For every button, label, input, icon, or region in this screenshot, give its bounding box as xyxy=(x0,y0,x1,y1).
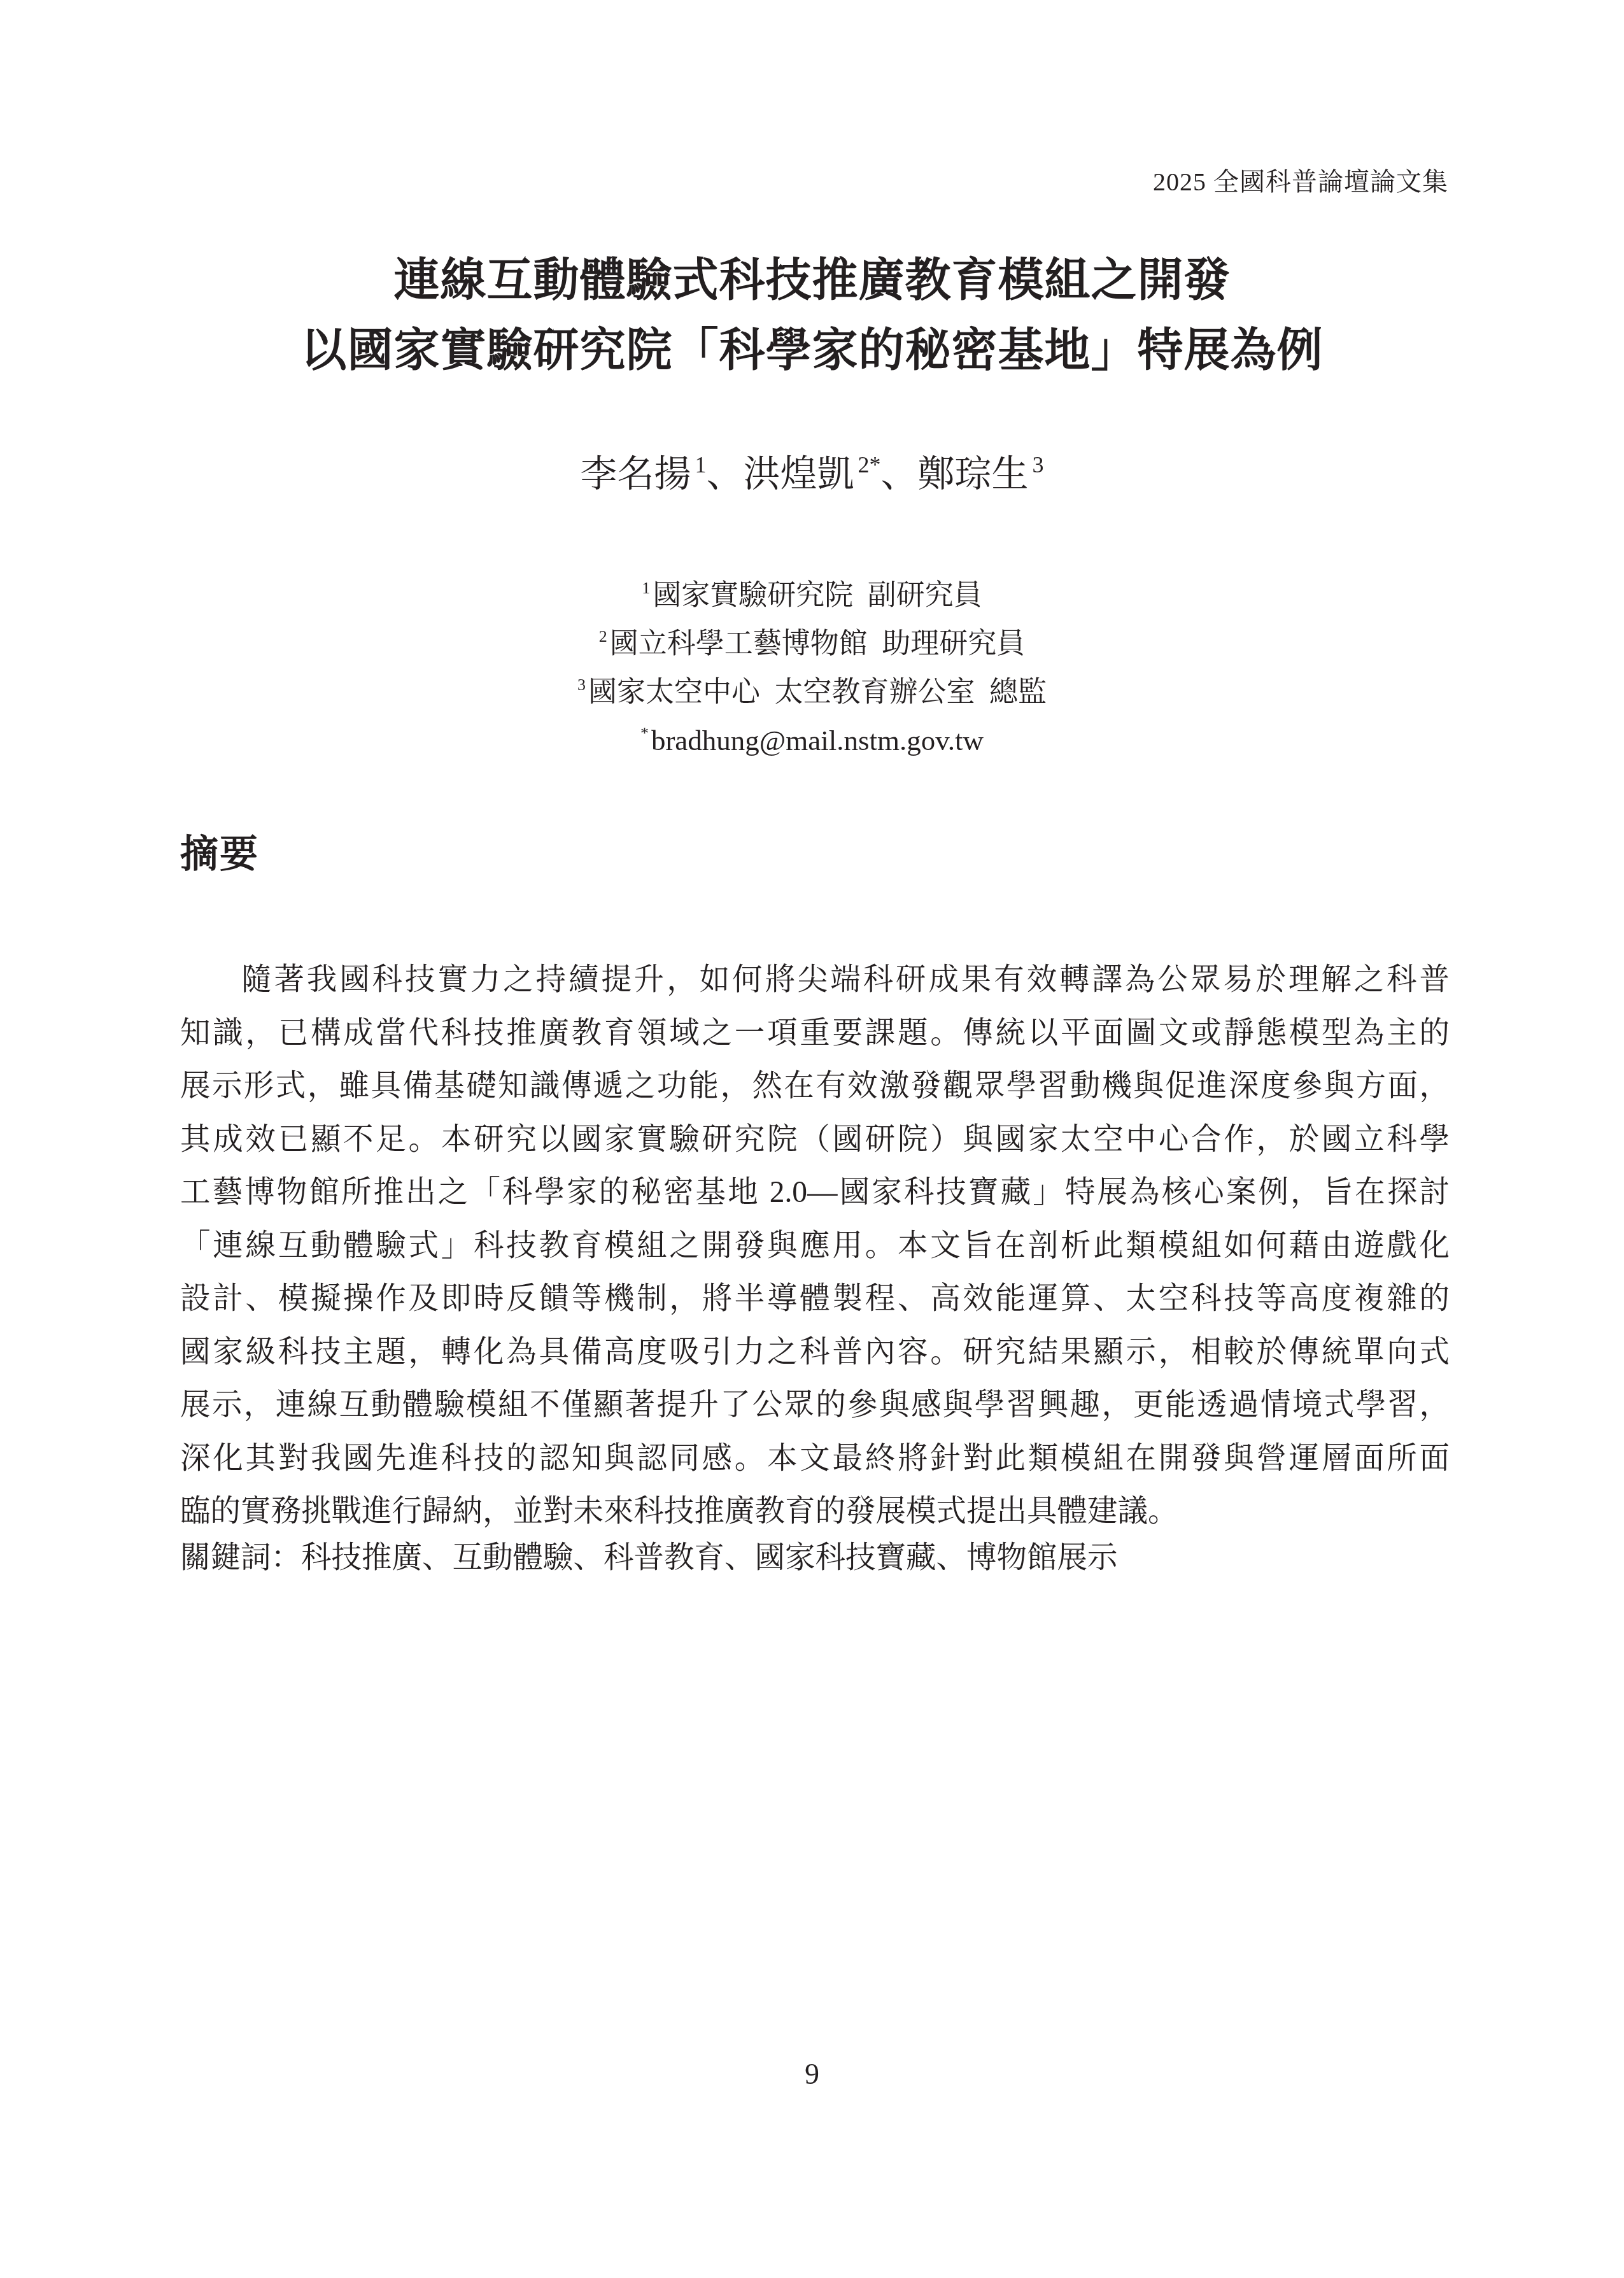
author-name: 洪煌凱 xyxy=(743,453,854,495)
title-line-2: 以國家實驗研究院「科學家的秘密基地」特展為例 xyxy=(0,315,1624,385)
paper-page: 2025 全國科普論壇論文集 連線互動體驗式科技推廣教育模組之開發 以國家實驗研… xyxy=(0,0,1624,2278)
paper-title: 連線互動體驗式科技推廣教育模組之開發 以國家實驗研究院「科學家的秘密基地」特展為… xyxy=(0,245,1624,385)
keywords: 關鍵詞：科技推廣、互動體驗、科普教育、國家科技寶藏、博物館展示 xyxy=(180,1532,1118,1585)
abstract-line: 設計、模擬操作及即時反饋等機制，將半導體製程、高效能運算、太空科技等高度複雜的 xyxy=(180,1273,1450,1326)
abstract-line: 國家級科技主題，轉化為具備高度吸引力之科普內容。研究結果顯示，相較於傳統單向式 xyxy=(180,1326,1450,1380)
author-list: 李名揚1、洪煌凱2*、鄭琮生3 xyxy=(0,449,1624,500)
affiliation-text: 國立科學工藝博物館 助理研究員 xyxy=(610,628,1026,660)
affiliation-list: 1國家實驗研究院 副研究員 2國立科學工藝博物館 助理研究員 3國家太空中心 太… xyxy=(0,571,1624,765)
affiliation-mark: 2 xyxy=(599,627,607,646)
abstract-line: 知識，已構成當代科技推廣教育領域之一項重要課題。傳統以平面圖文或靜態模型為主的 xyxy=(180,1007,1450,1061)
author-affiliation-mark: 3 xyxy=(1033,452,1044,478)
affiliation-mark: 1 xyxy=(642,579,650,597)
affiliation-text: 國家實驗研究院 副研究員 xyxy=(653,579,982,611)
keywords-list: 科技推廣、互動體驗、科普教育、國家科技寶藏、博物館展示 xyxy=(301,1541,1118,1574)
abstract-line: 其成效已顯不足。本研究以國家實驗研究院（國研院）與國家太空中心合作，於國立科學 xyxy=(180,1114,1450,1167)
affiliation-mark: 3 xyxy=(577,676,586,694)
corresponding-email: *bradhung@mail.nstm.gov.tw xyxy=(0,716,1624,765)
affiliation-item: 2國立科學工藝博物館 助理研究員 xyxy=(0,619,1624,668)
corresponding-mark: * xyxy=(640,724,649,742)
affiliation-item: 1國家實驗研究院 副研究員 xyxy=(0,571,1624,619)
abstract-line: 展示形式，雖具備基礎知識傳遞之功能，然在有效激發觀眾學習動機與促進深度參與方面， xyxy=(180,1060,1450,1114)
affiliation-text: 國家太空中心 太空教育辦公室 總監 xyxy=(588,676,1047,708)
keywords-label: 關鍵詞： xyxy=(180,1541,301,1574)
author-name: 鄭琮生 xyxy=(918,453,1029,495)
abstract-line: 臨的實務挑戰進行歸納，並對未來科技推廣教育的發展模式提出具體建議。 xyxy=(180,1485,1450,1539)
affiliation-item: 3國家太空中心 太空教育辦公室 總監 xyxy=(0,668,1624,716)
author-separator: 、 xyxy=(881,453,918,495)
abstract-line: 展示，連線互動體驗模組不僅顯著提升了公眾的參與感與學習興趣，更能透過情境式學習， xyxy=(180,1379,1450,1433)
abstract-paragraph: 隨著我國科技實力之持續提升，如何將尖端科研成果有效轉譯為公眾易於理解之科普 知識… xyxy=(180,954,1450,1539)
author-affiliation-mark: 2* xyxy=(858,452,881,478)
abstract-line: 工藝博物館所推出之「科學家的秘密基地 2.0—國家科技寶藏」特展為核心案例，旨在… xyxy=(180,1166,1450,1220)
running-header: 2025 全國科普論壇論文集 xyxy=(1153,167,1448,197)
title-line-1: 連線互動體驗式科技推廣教育模組之開發 xyxy=(0,245,1624,315)
email-text: bradhung@mail.nstm.gov.tw xyxy=(651,725,984,756)
author-affiliation-mark: 1 xyxy=(695,452,706,478)
author-separator: 、 xyxy=(706,453,743,495)
abstract-line: 隨著我國科技實力之持續提升，如何將尖端科研成果有效轉譯為公眾易於理解之科普 xyxy=(180,954,1450,1007)
page-number: 9 xyxy=(0,2056,1624,2092)
abstract-heading: 摘要 xyxy=(180,829,259,880)
abstract-line: 深化其對我國先進科技的認知與認同感。本文最終將針對此類模組在開發與營運層面所面 xyxy=(180,1433,1450,1486)
author-name: 李名揚 xyxy=(580,453,691,495)
abstract-line: 「連線互動體驗式」科技教育模組之開發與應用。本文旨在剖析此類模組如何藉由遊戲化 xyxy=(180,1220,1450,1273)
